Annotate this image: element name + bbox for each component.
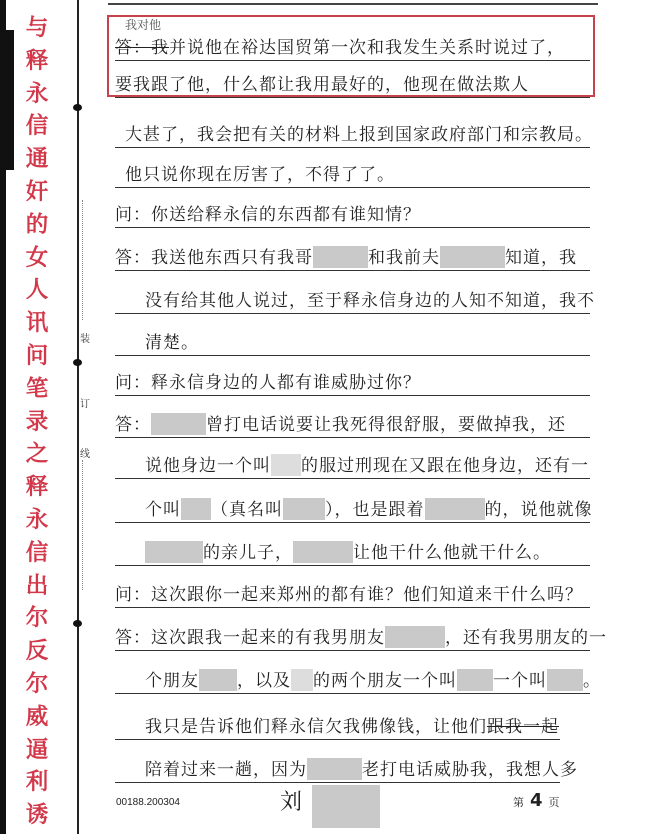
- overlay-title-char: 出: [26, 570, 49, 603]
- page-prefix: 第: [513, 796, 524, 809]
- line-text: 曾打电话说要让我死得很舒服，要做掉我，还: [206, 415, 566, 435]
- overlay-title-char: 讯: [26, 307, 49, 340]
- line-text: 答：: [115, 415, 151, 435]
- overlay-title-char: 信: [26, 537, 49, 570]
- binding-knot: [73, 359, 82, 366]
- line-text: 陪着过来一趟，因为: [145, 760, 307, 780]
- overlay-title-char: 信: [26, 110, 49, 143]
- binding-label: 线: [80, 445, 90, 460]
- question-text: 问：你送给释永信的东西都有谁知情？: [115, 200, 421, 225]
- line-text: ，还有我男朋友的一: [445, 628, 607, 648]
- line-text: 大甚了，我会把有关的材料上报到国家政府部门和宗教局。: [125, 120, 593, 145]
- overlay-title-char: 永: [26, 504, 49, 537]
- page-number-value: 4: [530, 790, 543, 811]
- line-text: 清楚。: [145, 328, 199, 353]
- answer-line: 答：我送他东西只有我哥和我前夫知道，我: [115, 240, 590, 271]
- overlay-title-char: 通: [26, 143, 49, 176]
- transcript-line: 我对他 答：我并说他在裕达国贸第一次和我发生关系时说过了，: [115, 30, 590, 61]
- line-text: 我只是告诉他们释永信欠我佛像钱，让他们: [145, 717, 487, 737]
- line-text: 个叫: [145, 500, 181, 520]
- transcript-line: 大甚了，我会把有关的材料上报到国家政府部门和宗教局。: [115, 117, 590, 148]
- question-text: 问：释永信身边的人都有谁威胁过你？: [115, 368, 421, 393]
- line-text: 的两个朋友一个叫: [313, 671, 457, 691]
- overlay-title-char: 尔: [26, 668, 49, 701]
- overlay-title-char: 永: [26, 78, 49, 111]
- transcript-line: 个叫（真名叫），也是跟着的，说他就像: [115, 492, 590, 523]
- line-text: 说他身边一个叫: [145, 456, 271, 476]
- redaction: [199, 669, 237, 691]
- line-text: 老打电话威胁我，我想人多: [362, 760, 578, 780]
- transcript-line: 没有给其他人说过，至于释永信身边的人知不知道，我不: [115, 283, 590, 314]
- overlay-title-char: 笔: [26, 373, 49, 406]
- overlay-title-char: 女: [26, 242, 49, 275]
- binding-line: [77, 0, 79, 834]
- redaction: [283, 498, 325, 520]
- transcript-line: 陪着过来一趟，因为老打电话威胁我，我想人多: [115, 752, 560, 783]
- overlay-title-char: 威: [26, 701, 49, 734]
- line-text: 和我前夫: [368, 248, 440, 268]
- form-code: 00188.200304: [116, 797, 180, 808]
- line-text: 的亲儿子，: [203, 543, 293, 563]
- overlay-title-char: 问: [26, 340, 49, 373]
- redaction: [291, 669, 313, 691]
- line-text: 个朋友: [145, 671, 199, 691]
- line-text: ），也是跟着: [325, 500, 425, 520]
- crossed-text: 答：我: [115, 38, 169, 58]
- page-number: 第4页: [513, 790, 560, 811]
- redaction: [271, 454, 301, 476]
- line-text: 。: [583, 671, 601, 691]
- answer-line: 答：这次跟我一起来的有我男朋友，还有我男朋友的一: [115, 620, 590, 651]
- binding-dotted-line: [82, 460, 84, 590]
- overlay-title-char: 与: [26, 12, 49, 45]
- overlay-title-char: 尔: [26, 602, 49, 635]
- crossed-text: 跟我一起: [487, 717, 559, 737]
- redaction: [307, 758, 362, 780]
- redaction: [457, 669, 493, 691]
- binding-label: 装: [80, 330, 90, 345]
- redaction: [145, 541, 203, 563]
- line-text: 一个叫: [493, 671, 547, 691]
- transcript-line: 要我跟了他，什么都让我用最好的，他现在做法欺人: [115, 67, 590, 98]
- overlay-title-char: 释: [26, 471, 49, 504]
- redaction: [151, 413, 206, 435]
- signature-redaction: [312, 785, 380, 828]
- redaction: [425, 498, 485, 520]
- binding-label: 订: [80, 395, 90, 410]
- transcript-line: 说他身边一个叫的服过刑现在又跟在他身边，还有一: [115, 448, 590, 479]
- line-text: 要我跟了他，什么都让我用最好的，他现在做法欺人: [115, 70, 529, 95]
- overlay-title-char: 逼: [26, 734, 49, 767]
- overlay-title-char: 释: [26, 45, 49, 78]
- line-text: （真名叫: [211, 500, 283, 520]
- line-text: ，以及: [237, 671, 291, 691]
- scan-edge-shadow: [4, 30, 14, 170]
- redaction: [385, 626, 445, 648]
- line-text: 他只说你现在厉害了，不得了了。: [125, 160, 395, 185]
- redaction: [181, 498, 211, 520]
- top-rule: [108, 3, 598, 5]
- line-text: 的服过刑现在又跟在他身边，还有一: [301, 456, 589, 476]
- line-text: 的，说他就像: [485, 500, 593, 520]
- binding-dotted-line: [82, 200, 84, 320]
- line-text: 答：这次跟我一起来的有我男朋友: [115, 628, 385, 648]
- question-line: 问：释永信身边的人都有谁威胁过你？: [115, 365, 590, 396]
- overlay-title-char: 反: [26, 635, 49, 668]
- overlay-title-char: 录: [26, 406, 49, 439]
- question-line: 问：你送给释永信的东西都有谁知情？: [115, 197, 590, 228]
- overlay-title-char: 人: [26, 274, 49, 307]
- line-text: 没有给其他人说过，至于释永信身边的人知不知道，我不: [145, 286, 595, 311]
- line-text: 知道，我: [505, 248, 577, 268]
- overlay-title-char: 的: [26, 209, 49, 242]
- redaction: [293, 541, 353, 563]
- insert-above: 我对他: [125, 16, 161, 33]
- overlay-title: 与释永信通奸的女人讯问笔录之释永信出尔反尔威逼利诱: [22, 12, 52, 832]
- overlay-title-char: 利: [26, 766, 49, 799]
- transcript-line: 的亲儿子，让他干什么他就干什么。: [115, 535, 590, 566]
- redaction: [440, 246, 505, 268]
- binding-knot: [73, 620, 82, 627]
- question-text: 问：这次跟你一起来郑州的都有谁？他们知道来干什么吗？: [115, 580, 583, 605]
- overlay-title-char: 奸: [26, 176, 49, 209]
- redaction: [547, 669, 583, 691]
- overlay-title-char: 诱: [26, 799, 49, 832]
- question-line: 问：这次跟你一起来郑州的都有谁？他们知道来干什么吗？: [115, 577, 590, 608]
- redaction: [313, 246, 368, 268]
- line-text: 让他干什么他就干什么。: [353, 543, 551, 563]
- transcript-line: 我只是告诉他们释永信欠我佛像钱，让他们跟我一起: [115, 709, 560, 740]
- binding-knot: [73, 104, 82, 111]
- line-text: 答：我送他东西只有我哥: [115, 248, 313, 268]
- line-text: 并说他在裕达国贸第一次和我发生关系时说过了，: [169, 38, 565, 58]
- transcript-line: 清楚。: [115, 325, 590, 356]
- overlay-title-char: 之: [26, 438, 49, 471]
- transcript-line: 他只说你现在厉害了，不得了了。: [115, 157, 590, 188]
- answer-line: 答：曾打电话说要让我死得很舒服，要做掉我，还: [115, 407, 590, 438]
- transcript-line: 个朋友，以及的两个朋友一个叫一个叫。: [115, 663, 590, 694]
- signature: 刘: [280, 785, 302, 816]
- page-suffix: 页: [549, 796, 560, 809]
